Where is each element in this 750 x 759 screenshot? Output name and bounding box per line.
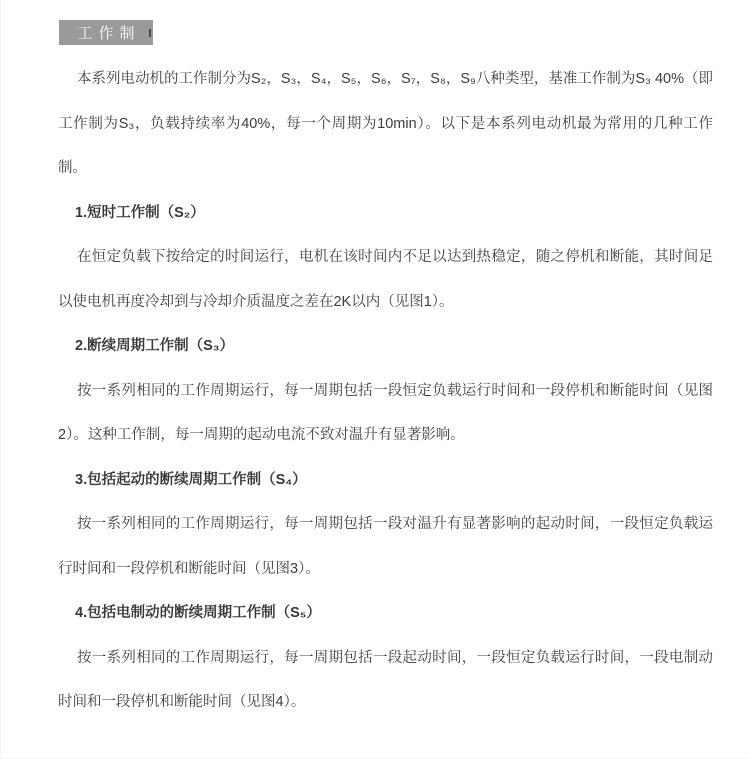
header-box-mark	[149, 29, 151, 37]
paragraph-duty-s2: 在恒定负载下按给定的时间运行，电机在该时间内不足以达到热稳定，随之停机和断能，其…	[58, 235, 713, 324]
section-title-box: 工作制	[59, 20, 153, 45]
document-content: 本系列电动机的工作制分为S₂，S₃，S₄，S₅，S₆，S₇，S₈，S₉八种类型，…	[58, 57, 713, 725]
heading-duty-s5: 4.包括电制动的断续周期工作制（S₅）	[58, 591, 713, 636]
heading-duty-s4: 3.包括起动的断续周期工作制（S₄）	[58, 458, 713, 503]
paragraph-duty-s5: 按一系列相同的工作周期运行，每一周期包括一段起动时间，一段恒定负载运行时间，一段…	[58, 636, 713, 725]
paragraph-duty-s3: 按一系列相同的工作周期运行，每一周期包括一段恒定负载运行时间和一段停机和断能时间…	[58, 369, 713, 458]
section-title: 工作制	[77, 22, 140, 43]
intro-paragraph: 本系列电动机的工作制分为S₂，S₃，S₄，S₅，S₆，S₇，S₈，S₉八种类型，…	[58, 57, 713, 191]
paragraph-duty-s4: 按一系列相同的工作周期运行，每一周期包括一段对温升有显著影响的起动时间，一段恒定…	[58, 502, 713, 591]
heading-duty-s3: 2.断续周期工作制（S₃）	[58, 324, 713, 369]
document-page: 工作制 本系列电动机的工作制分为S₂，S₃，S₄，S₅，S₆，S₇，S₈，S₉八…	[0, 0, 750, 759]
heading-duty-s2: 1.短时工作制（S₂）	[58, 191, 713, 236]
